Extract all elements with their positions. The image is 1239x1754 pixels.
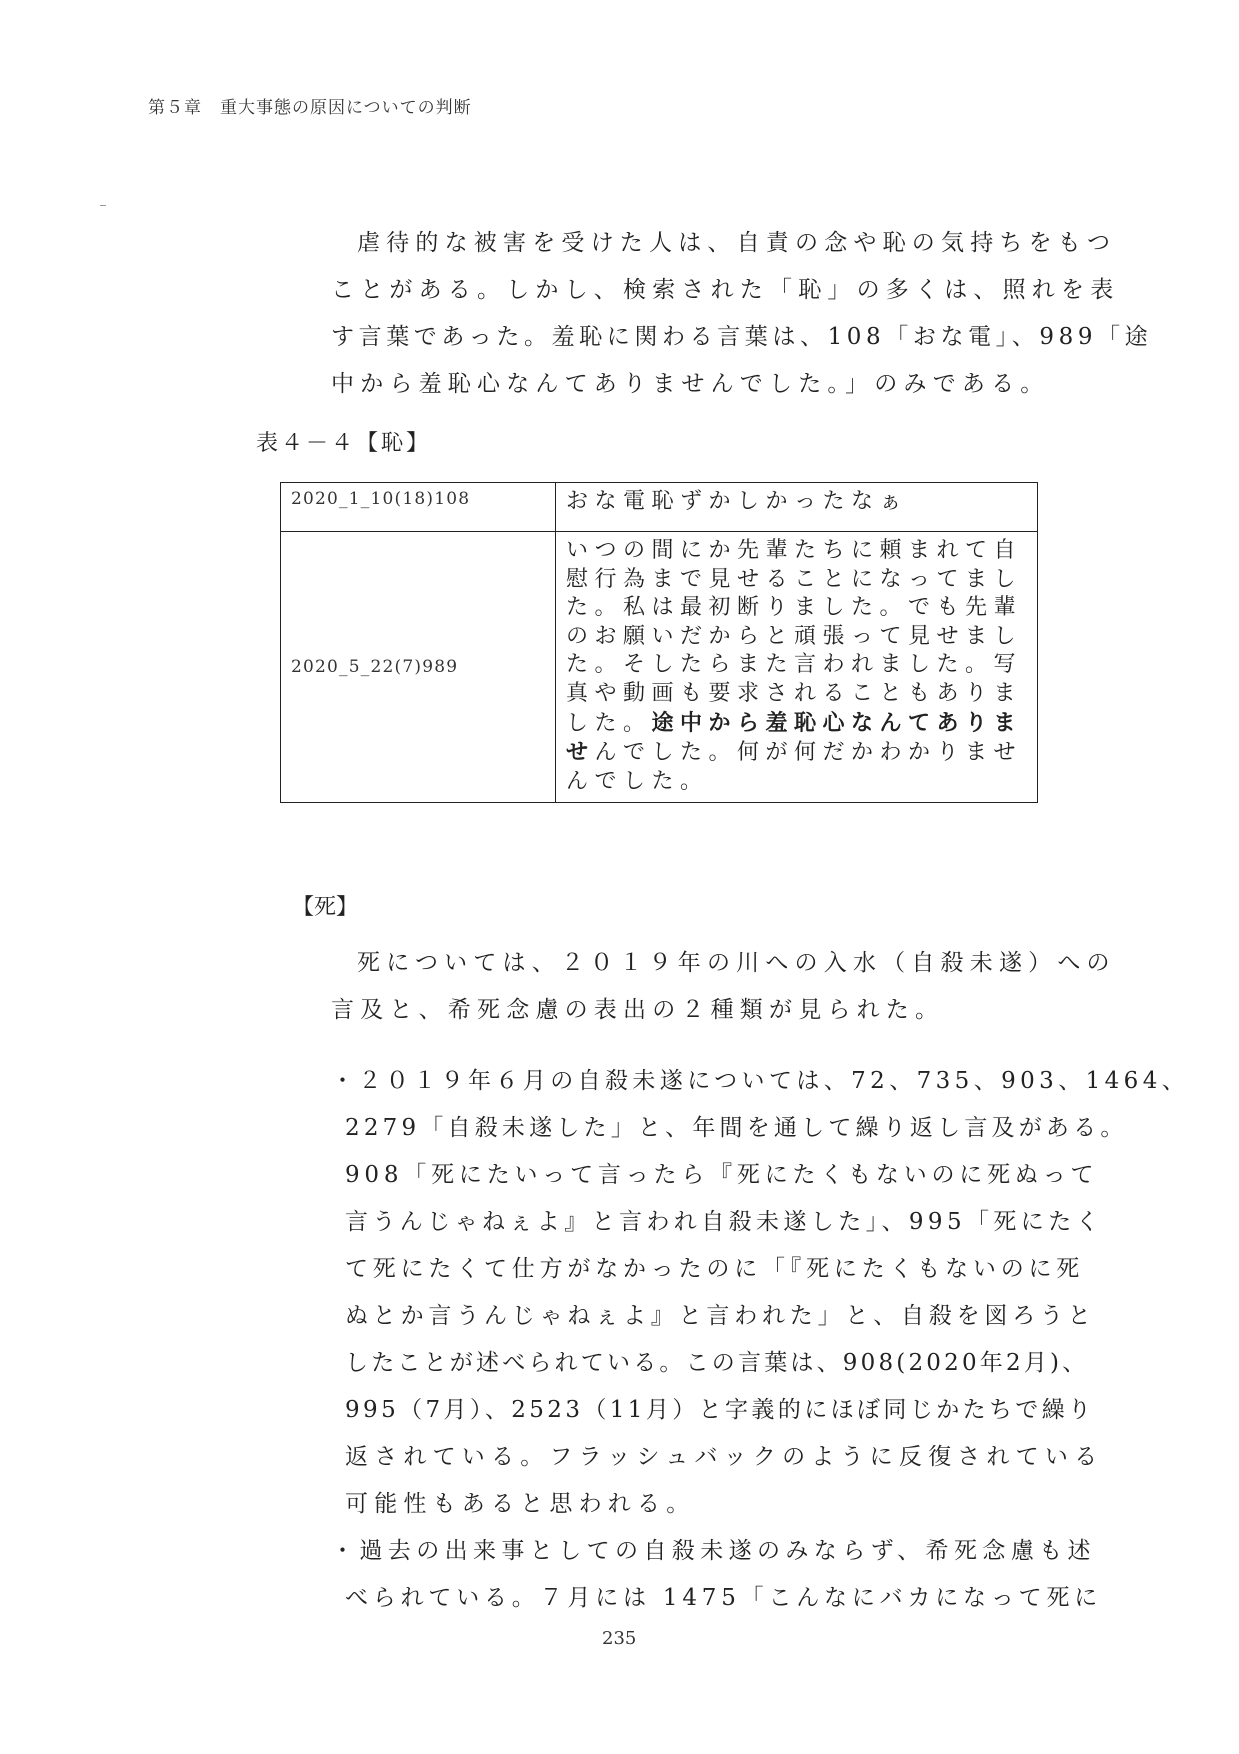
intro-line-2: ことがある。しかし、検索された「恥」の多くは、照れを表 (331, 271, 1119, 304)
intro-line-3: す言葉であった。羞恥に関わる言葉は、108「おな電」、989「途 (331, 318, 1152, 351)
bullet-1-line-3: 908「死にたいって言ったら『死にたくもないのに死ぬって (345, 1156, 1098, 1189)
entry-id-cell: 2020_1_10(18)108 (281, 483, 556, 532)
bullet-1-line-5: て死にたくて仕方がなかったのに「『死にたくもないのに死 (345, 1250, 1084, 1283)
table-row: 2020_5_22(7)989 いつの間にか先輩たちに頼まれて自慰行為まで見せる… (281, 532, 1038, 803)
bullet-1-line-7: したことが述べられている。この言葉は、908(2020年2月)、 (345, 1344, 1088, 1377)
table-caption: 表４－４【恥】 (256, 426, 431, 457)
shame-quote-table: 2020_1_10(18)108 おな電恥ずかしかったなぁ 2020_5_22(… (280, 482, 1038, 803)
intro-line-1: 虐待的な被害を受けた人は、自責の念や恥の気持ちをもつ (357, 224, 1116, 257)
running-header: 第５章 重大事態の原因についての判断 (148, 93, 472, 118)
bullet-1-line-9: 返されている。フラッシュバックのように反復されている (345, 1438, 1103, 1471)
bullet-1-line-2: 2279「自殺未遂した」と、年間を通して繰り返し言及がある。 (345, 1109, 1128, 1142)
scan-artifact (100, 205, 106, 206)
bullet-1-line-8: 995（7月）、2523（11月）と字義的にほぼ同じかたちで繰り (345, 1391, 1094, 1424)
quote-text: いつの間にか先輩たちに頼まれて自慰行為まで見せることになってました。私は最初断り… (566, 538, 1022, 736)
bullet-1-line-1: ・２０１９年６月の自殺未遂については、72、735、903、1464、 (331, 1062, 1189, 1095)
bullet-2-line-1: ・過去の出来事としての自殺未遂のみならず、希死念慮も述 (331, 1532, 1096, 1565)
intro-line-4: 中から羞恥心なんてありませんでした。」のみである。 (331, 365, 1050, 398)
quote-cell: いつの間にか先輩たちに頼まれて自慰行為まで見せることになってました。私は最初断り… (556, 532, 1038, 803)
bullet-2-line-2: べられている。７月には 1475「こんなにバカになって死に (345, 1579, 1102, 1612)
table-row: 2020_1_10(18)108 おな電恥ずかしかったなぁ (281, 483, 1038, 532)
bullet-1-line-6: ぬとか言うんじゃねぇよ』と言われた」と、自殺を図ろうと (345, 1297, 1096, 1330)
quote-cell: おな電恥ずかしかったなぁ (556, 483, 1038, 532)
bullet-1-line-4: 言うんじゃねぇよ』と言われ自殺未遂した」、995「死にたく (345, 1203, 1103, 1236)
entry-id-cell: 2020_5_22(7)989 (281, 532, 556, 803)
page-number: 235 (602, 1628, 636, 1649)
quote-text: んでした。何が何だかわかりませんでした。 (566, 740, 1022, 794)
bullet-1-line-10: 可能性もあると思われる。 (345, 1485, 695, 1518)
death-intro-line-2: 言及と、希死念慮の表出の２種類が見られた。 (331, 991, 944, 1024)
section-heading-death: 【死】 (292, 890, 358, 921)
death-intro-line-1: 死については、２０１９年の川への入水（自殺未遂）への (357, 944, 1116, 977)
